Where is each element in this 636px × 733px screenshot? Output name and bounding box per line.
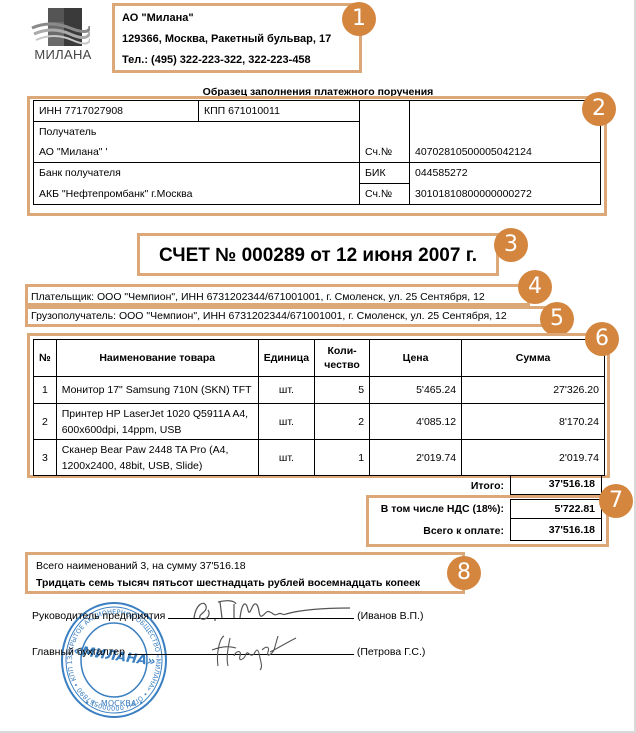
accountant-label: Главный бухгалтер xyxy=(32,646,125,658)
bank-label: Банк получателя xyxy=(34,163,360,184)
col-header-no: № xyxy=(34,340,57,377)
annotation-badge-8: 8 xyxy=(447,556,481,590)
items-count-line: Всего наименований 3, на сумму 37'516.18 xyxy=(36,560,246,572)
due-value: 37'516.18 xyxy=(510,518,602,541)
annotation-badge-2: 2 xyxy=(582,92,616,126)
goods-table: № Наименование товара Единица Коли-честв… xyxy=(33,339,605,476)
kpp-cell: КПП 671010011 xyxy=(199,101,360,122)
recipient-label: Получатель xyxy=(34,122,360,143)
bik-value: 044585272 xyxy=(410,163,601,184)
accountant-name: (Петрова Г.С.) xyxy=(357,646,426,658)
col-header-sum: Сумма xyxy=(462,340,605,377)
account-label: Сч.№ xyxy=(360,142,410,163)
corr-account-label: Сч.№ xyxy=(360,184,410,205)
company-address: 129366, Москва, Ракетный бульвар, 17 xyxy=(122,33,331,45)
bank-name: АКБ "Нефтепромбанк" г.Москва xyxy=(34,184,360,205)
amount-in-words-box: Всего наименований 3, на сумму 37'516.18… xyxy=(25,552,465,594)
company-phone: Тел.: (495) 322-223-322, 322-223-458 xyxy=(122,54,311,66)
director-handwritten-signature-icon xyxy=(190,596,360,628)
col-header-qty: Коли-чество xyxy=(315,340,370,377)
due-label: Всего к оплате: xyxy=(370,525,504,537)
svg-text:• г. МОСКВА •: • г. МОСКВА • xyxy=(84,699,143,708)
accountant-handwritten-signature-icon xyxy=(208,628,298,672)
col-header-name: Наименование товара xyxy=(56,340,258,377)
company-name: АО "Милана" xyxy=(122,12,194,24)
table-row: 1 Монитор 17" Samsung 710N (SKN) TFT шт.… xyxy=(34,377,605,404)
table-row: 2 Принтер HP LaserJet 1020 Q5911A A4, 60… xyxy=(34,404,605,440)
account-number: 40702810500005042124 xyxy=(410,142,601,163)
company-header: АО "Милана" 129366, Москва, Ракетный бул… xyxy=(112,3,362,73)
annotation-badge-3: 3 xyxy=(494,228,528,262)
annotation-badge-1: 1 xyxy=(342,2,376,36)
vat-value: 5'722.81 xyxy=(510,499,602,519)
invoice-title: СЧЕТ № 000289 от 12 июня 2007 г. xyxy=(140,245,496,267)
logo-text: МИЛАНА xyxy=(30,47,96,62)
corr-account-number: 30101810800000000272 xyxy=(410,184,601,205)
recipient-name: АО "Милана" ' xyxy=(34,142,360,163)
vat-label: В том числе НДС (18%): xyxy=(370,503,504,515)
annotation-badge-5: 5 xyxy=(540,302,574,336)
bik-label: БИК xyxy=(360,163,410,184)
payment-sample-table: ИНН 7717027908 КПП 671010011 Получатель … xyxy=(33,100,601,205)
col-header-price: Цена xyxy=(370,340,462,377)
annotation-badge-6: 6 xyxy=(585,322,619,356)
total-label: Итого: xyxy=(400,480,504,492)
amount-words-line: Тридцать семь тысяч пятьсот шестнадцать … xyxy=(36,577,420,589)
annotation-badge-7: 7 xyxy=(599,484,633,518)
director-name: (Иванов В.П.) xyxy=(357,610,423,622)
director-label: Руководитель предприятия xyxy=(32,610,165,622)
total-value: 37'516.18 xyxy=(510,476,602,495)
inn-cell: ИНН 7717027908 xyxy=(34,101,199,122)
col-header-unit: Единица xyxy=(258,340,314,377)
table-row: 3 Сканер Bear Paw 2448 TA Pro (A4, 1200x… xyxy=(34,440,605,476)
annotation-badge-4: 4 xyxy=(518,270,552,304)
invoice-title-box: СЧЕТ № 000289 от 12 июня 2007 г. xyxy=(137,233,499,276)
consignee-line: Грузополучатель: ООО "Чемпион", ИНН 6731… xyxy=(31,310,507,322)
payer-line: Плательщик: ООО "Чемпион", ИНН 673120234… xyxy=(31,291,485,303)
